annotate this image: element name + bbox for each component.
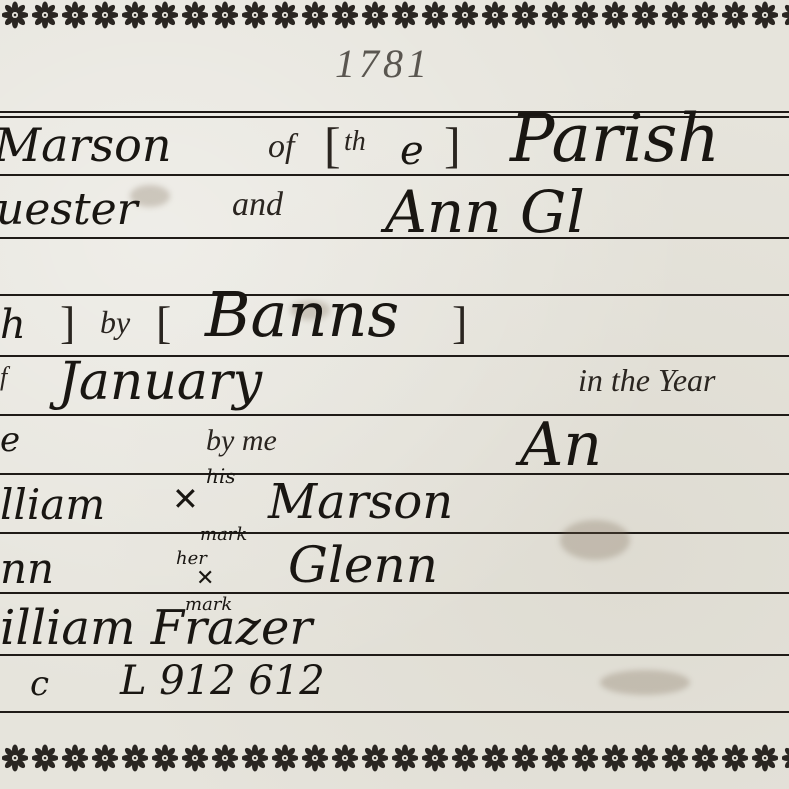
rosette-ornament-icon bbox=[390, 743, 420, 773]
rosette-ornament-icon bbox=[240, 743, 270, 773]
rosette-ornament-icon bbox=[480, 743, 510, 773]
rule-line-5 bbox=[0, 414, 789, 416]
rosette-ornament-icon bbox=[360, 743, 390, 773]
ink-stain bbox=[560, 520, 630, 560]
top-ornamental-border bbox=[0, 0, 789, 30]
rosette-ornament-icon bbox=[150, 0, 180, 30]
banns-word: Banns bbox=[205, 278, 399, 351]
rule-line-10 bbox=[0, 711, 789, 713]
parish-fragment-h: h bbox=[0, 302, 26, 348]
rosette-ornament-icon bbox=[60, 743, 90, 773]
printed-of-fragment: f bbox=[0, 362, 7, 392]
bride-mark-cross: ✕ bbox=[196, 566, 214, 591]
parish-word: Parish bbox=[510, 100, 720, 177]
rosette-ornament-icon bbox=[90, 0, 120, 30]
rosette-ornament-icon bbox=[390, 0, 420, 30]
rosette-ornament-icon bbox=[780, 743, 789, 773]
rosette-ornament-icon bbox=[270, 743, 300, 773]
rosette-ornament-icon bbox=[570, 743, 600, 773]
officiant-signature: An bbox=[520, 410, 602, 480]
bracket-open-3: [ bbox=[156, 296, 171, 349]
printed-in-the-year: in the Year bbox=[578, 362, 716, 399]
rosette-ornament-icon bbox=[210, 743, 240, 773]
bracket-open: [ bbox=[324, 116, 341, 174]
parish-place-fragment: uester bbox=[0, 184, 138, 235]
rosette-ornament-icon bbox=[360, 0, 390, 30]
rosette-ornament-icon bbox=[450, 743, 480, 773]
rosette-ornament-icon bbox=[330, 743, 360, 773]
rosette-ornament-icon bbox=[330, 0, 360, 30]
rosette-ornament-icon bbox=[0, 743, 30, 773]
rosette-ornament-icon bbox=[150, 743, 180, 773]
ink-stain bbox=[600, 670, 690, 695]
rosette-ornament-icon bbox=[420, 743, 450, 773]
bottom-ornamental-border bbox=[0, 743, 789, 773]
groom-first-name: lliam bbox=[0, 480, 105, 529]
rosette-ornament-icon bbox=[480, 0, 510, 30]
rosette-ornament-icon bbox=[600, 743, 630, 773]
rosette-ornament-icon bbox=[30, 0, 60, 30]
rosette-ornament-icon bbox=[750, 0, 780, 30]
rosette-ornament-icon bbox=[720, 743, 750, 773]
rosette-ornament-icon bbox=[180, 743, 210, 773]
line9-fragment-c: c bbox=[30, 664, 49, 704]
rosette-ornament-icon bbox=[540, 0, 570, 30]
groom-surname: Marson bbox=[0, 118, 171, 172]
rosette-ornament-icon bbox=[300, 0, 330, 30]
rosette-ornament-icon bbox=[630, 743, 660, 773]
bracket-close-3: ] bbox=[60, 296, 75, 349]
bride-name: Ann Gl bbox=[385, 178, 585, 246]
witness-signature-1: illiam Frazer bbox=[0, 600, 312, 656]
rosette-ornament-icon bbox=[240, 0, 270, 30]
witness-signature-2: L 912 612 bbox=[120, 658, 325, 704]
rule-line-7 bbox=[0, 532, 789, 534]
rosette-ornament-icon bbox=[780, 0, 789, 30]
printed-by: by bbox=[100, 304, 130, 341]
handwritten-e: e bbox=[400, 128, 424, 174]
mark-annotation-groom: mark bbox=[200, 524, 247, 545]
groom-surname-signature: Marson bbox=[268, 474, 453, 530]
rosette-ornament-icon bbox=[630, 0, 660, 30]
rosette-ornament-icon bbox=[420, 0, 450, 30]
rosette-ornament-icon bbox=[450, 0, 480, 30]
printed-of: of bbox=[268, 128, 294, 166]
line5-fragment-e: e bbox=[0, 420, 20, 460]
bracket-close-3b: ] bbox=[452, 296, 467, 349]
rosette-ornament-icon bbox=[270, 0, 300, 30]
rosette-ornament-icon bbox=[600, 0, 630, 30]
rosette-ornament-icon bbox=[570, 0, 600, 30]
rosette-ornament-icon bbox=[90, 743, 120, 773]
rosette-ornament-icon bbox=[720, 0, 750, 30]
rosette-ornament-icon bbox=[660, 743, 690, 773]
month-january: January bbox=[58, 352, 262, 412]
rosette-ornament-icon bbox=[210, 0, 240, 30]
his-annotation: his bbox=[206, 464, 236, 488]
groom-mark-cross: ✕ bbox=[172, 480, 199, 518]
rosette-ornament-icon bbox=[660, 0, 690, 30]
rosette-ornament-icon bbox=[120, 743, 150, 773]
rosette-ornament-icon bbox=[30, 743, 60, 773]
rosette-ornament-icon bbox=[690, 0, 720, 30]
rosette-ornament-icon bbox=[180, 0, 210, 30]
rosette-ornament-icon bbox=[300, 743, 330, 773]
bride-first-name: nn bbox=[0, 544, 54, 593]
printed-and: and bbox=[232, 186, 283, 224]
rosette-ornament-icon bbox=[750, 743, 780, 773]
rosette-ornament-icon bbox=[690, 743, 720, 773]
printed-by-me: by me bbox=[206, 424, 277, 458]
printed-th: th bbox=[344, 126, 366, 158]
rosette-ornament-icon bbox=[540, 743, 570, 773]
rosette-ornament-icon bbox=[60, 0, 90, 30]
bracket-close: ] bbox=[444, 116, 461, 174]
rosette-ornament-icon bbox=[0, 0, 30, 30]
bride-surname-signature: Glenn bbox=[288, 536, 438, 594]
rosette-ornament-icon bbox=[510, 743, 540, 773]
rosette-ornament-icon bbox=[510, 0, 540, 30]
rosette-ornament-icon bbox=[120, 0, 150, 30]
register-year: 1781 bbox=[335, 40, 431, 87]
